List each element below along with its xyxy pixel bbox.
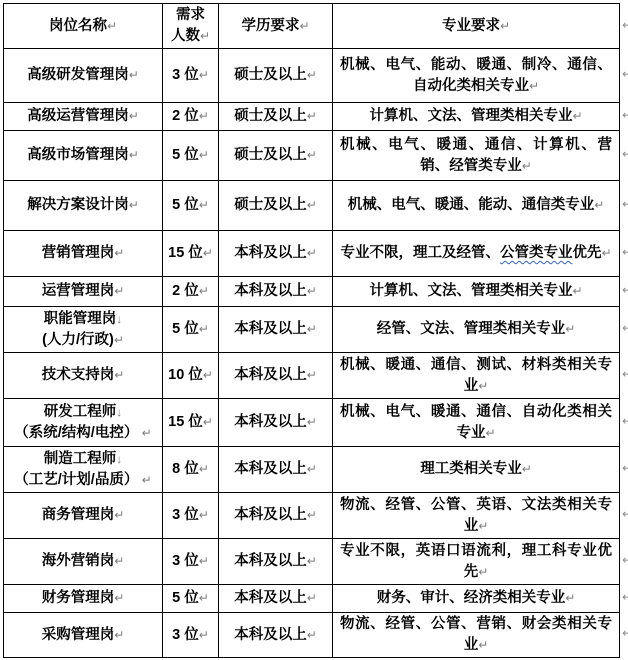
formatting-mark: ↵ bbox=[129, 68, 139, 82]
table-row: 职能管理岗↓ (人力/行政)↵ 5 位↵ 本科及以上↵ 经管、文法、管理类相关专… bbox=[4, 307, 620, 353]
paragraph-mark: ↵ bbox=[529, 79, 539, 93]
cell-education: 本科及以上↵ bbox=[219, 585, 333, 613]
position-name: 技术支持岗 bbox=[42, 367, 115, 383]
header-headcount: 需求 人数↵ bbox=[163, 4, 219, 49]
cell-major: 机械、暖通、通信、测试、材料类相关专业↵ bbox=[333, 353, 620, 399]
cell-position: 高级市场管理岗↵ bbox=[4, 131, 163, 181]
headcount-value: 2 位 bbox=[172, 108, 199, 124]
paragraph-mark: ↵ bbox=[307, 368, 317, 382]
paragraph-mark: ↵ bbox=[203, 246, 213, 260]
education-value: 硕士及以上 bbox=[234, 108, 307, 124]
row-end-mark: ↵ bbox=[622, 367, 628, 381]
job-positions-table: 岗位名称↵ 需求 人数↵ 学历要求↵ 专业要求↵ 高级研发管理岗↵ bbox=[3, 3, 620, 658]
major-text: 机械、电气、暖通、能动、通信类专业 bbox=[348, 197, 595, 213]
paragraph-mark: ↵ bbox=[307, 148, 317, 162]
education-value: 本科及以上 bbox=[234, 553, 307, 569]
table-row: 高级研发管理岗↵ 3 位↵ 硕士及以上↵ 机械、电气、能动、暖通、制冷、通信、自… bbox=[4, 49, 620, 103]
paragraph-mark: ↵ bbox=[307, 284, 317, 298]
headcount-value: 3 位 bbox=[172, 507, 199, 523]
formatting-mark: ↵ bbox=[114, 508, 124, 522]
formatting-mark: ↓ bbox=[116, 405, 122, 419]
formatting-mark: ↵ bbox=[114, 591, 124, 605]
cell-position: 营销管理岗↵ bbox=[4, 231, 163, 277]
major-text: 机械、电气、暖通、通信、计算机、营销、经管类专业 bbox=[340, 137, 612, 174]
cell-position: 高级研发管理岗↵ bbox=[4, 49, 163, 103]
cell-education: 硕士及以上↵ bbox=[219, 131, 333, 181]
paragraph-mark: ↵ bbox=[565, 322, 575, 336]
paragraph-mark: ↵ bbox=[307, 322, 317, 336]
paragraph-mark: ↵ bbox=[478, 379, 488, 393]
education-value: 本科及以上 bbox=[234, 414, 307, 430]
headcount-value: 3 位 bbox=[172, 553, 199, 569]
cell-headcount: 2 位↵ bbox=[163, 103, 219, 131]
paragraph-mark: ↵ bbox=[114, 333, 124, 347]
table-row: 运营管理岗↵ 2 位↵ 本科及以上↵ 计算机、文法、管理类相关专业↵ bbox=[4, 277, 620, 307]
row-end-mark: ↵ bbox=[622, 590, 628, 604]
header-headcount-label: 需求 bbox=[176, 7, 205, 23]
paragraph-mark: ↵ bbox=[199, 148, 209, 162]
major-text: 机械、暖通、通信、测试、材料类相关专业 bbox=[340, 357, 612, 394]
formatting-mark: ↵ bbox=[114, 628, 124, 642]
table-row: 技术支持岗↵ 10 位↵ 本科及以上↵ 机械、暖通、通信、测试、材料类相关专业↵ bbox=[4, 353, 620, 399]
paragraph-mark: ↵ bbox=[307, 68, 317, 82]
cell-education: 本科及以上↵ bbox=[219, 447, 333, 493]
headcount-value: 15 位 bbox=[168, 414, 203, 430]
headcount-value: 5 位 bbox=[172, 590, 199, 606]
cell-position: 技术支持岗↵ bbox=[4, 353, 163, 399]
spellcheck-underlined-text: 公管类专业 bbox=[500, 245, 573, 261]
row-end-mark: ↵ bbox=[622, 626, 628, 640]
paragraph-mark: ↵ bbox=[307, 554, 317, 568]
headcount-value: 5 位 bbox=[172, 321, 199, 337]
paragraph-mark: ↵ bbox=[485, 426, 495, 440]
cell-headcount: 8 位↵ bbox=[163, 447, 219, 493]
paragraph-mark: ↵ bbox=[522, 159, 532, 173]
cell-major: 物流、经管、公管、英语、文法类相关专业↵ bbox=[333, 493, 620, 539]
paragraph-mark: ↵ bbox=[107, 19, 117, 33]
table-row: 研发工程师↓ （系统/结构/电控） ↵ 15 位↵ 本科及以上↵ 机械、电气、暖… bbox=[4, 399, 620, 447]
major-text: 经管、文法、管理类相关专业 bbox=[377, 321, 566, 337]
education-value: 本科及以上 bbox=[234, 321, 307, 337]
cell-major: 专业不限，英语口语流利，理工科专业优先↵ bbox=[333, 539, 620, 585]
major-text: 计算机、文法、管理类相关专业 bbox=[369, 283, 572, 299]
cell-education: 硕士及以上↵ bbox=[219, 49, 333, 103]
position-name: 研发工程师 bbox=[44, 404, 117, 420]
paragraph-mark: ↵ bbox=[199, 462, 209, 476]
cell-education: 本科及以上↵ bbox=[219, 539, 333, 585]
paragraph-mark: ↵ bbox=[200, 29, 210, 43]
formatting-mark: ↵ bbox=[114, 368, 124, 382]
table-row: 高级运营管理岗↵ 2 位↵ 硕士及以上↵ 计算机、文法、管理类相关专业↵ bbox=[4, 103, 620, 131]
cell-headcount: 10 位↵ bbox=[163, 353, 219, 399]
position-name: 海外营销岗 bbox=[42, 553, 115, 569]
cell-education: 本科及以上↵ bbox=[219, 493, 333, 539]
paragraph-mark: ↵ bbox=[199, 628, 209, 642]
headcount-value: 5 位 bbox=[172, 147, 199, 163]
cell-major: 计算机、文法、管理类相关专业↵ bbox=[333, 277, 620, 307]
header-education: 学历要求↵ bbox=[219, 4, 333, 49]
table-header: 岗位名称↵ 需求 人数↵ 学历要求↵ 专业要求↵ bbox=[4, 4, 620, 49]
paragraph-mark: ↵ bbox=[522, 462, 532, 476]
cell-position: 商务管理岗↵ bbox=[4, 493, 163, 539]
education-value: 本科及以上 bbox=[234, 627, 307, 643]
cell-major: 经管、文法、管理类相关专业↵ bbox=[333, 307, 620, 353]
paragraph-mark: ↵ bbox=[199, 591, 209, 605]
page: 岗位名称↵ 需求 人数↵ 学历要求↵ 专业要求↵ 高级研发管理岗↵ bbox=[0, 0, 628, 660]
paragraph-mark: ↵ bbox=[307, 591, 317, 605]
paragraph-mark: ↵ bbox=[601, 246, 611, 260]
cell-major: 物流、经管、公管、营销、财会类相关专业↵ bbox=[333, 613, 620, 658]
major-text: 机械、电气、暖通、通信、自动化类相关专业 bbox=[340, 404, 612, 441]
formatting-mark: ↵ bbox=[114, 284, 124, 298]
paragraph-mark: ↵ bbox=[203, 415, 213, 429]
cell-major: 计算机、文法、管理类相关专业↵ bbox=[333, 103, 620, 131]
paragraph-mark: ↵ bbox=[199, 554, 209, 568]
table-row: 采购管理岗↵ 3 位↵ 本科及以上↵ 物流、经管、公管、营销、财会类相关专业↵ bbox=[4, 613, 620, 658]
education-value: 本科及以上 bbox=[234, 245, 307, 261]
position-name: 财务管理岗 bbox=[42, 590, 115, 606]
paragraph-mark: ↵ bbox=[199, 198, 209, 212]
table-body: 高级研发管理岗↵ 3 位↵ 硕士及以上↵ 机械、电气、能动、暖通、制冷、通信、自… bbox=[4, 49, 620, 658]
cell-position: 运营管理岗↵ bbox=[4, 277, 163, 307]
header-education-label: 学历要求 bbox=[241, 18, 299, 34]
cell-headcount: 3 位↵ bbox=[163, 539, 219, 585]
table-row: 高级市场管理岗↵ 5 位↵ 硕士及以上↵ 机械、电气、暖通、通信、计算机、营销、… bbox=[4, 131, 620, 181]
table-row: 财务管理岗↵ 5 位↵ 本科及以上↵ 财务、审计、经济类相关专业↵ bbox=[4, 585, 620, 613]
education-value: 本科及以上 bbox=[234, 461, 307, 477]
cell-major: 财务、审计、经济类相关专业↵ bbox=[333, 585, 620, 613]
cell-headcount: 2 位↵ bbox=[163, 277, 219, 307]
paragraph-mark: ↵ bbox=[307, 198, 317, 212]
cell-education: 本科及以上↵ bbox=[219, 399, 333, 447]
cell-major: 理工类相关专业↵ bbox=[333, 447, 620, 493]
major-text: 计算机、文法、管理类相关专业 bbox=[369, 108, 572, 124]
cell-position: 职能管理岗↓ (人力/行政)↵ bbox=[4, 307, 163, 353]
cell-education: 硕士及以上↵ bbox=[219, 103, 333, 131]
position-name: 高级运营管理岗 bbox=[27, 108, 129, 124]
paragraph-mark: ↵ bbox=[572, 284, 582, 298]
paragraph-mark: ↵ bbox=[307, 415, 317, 429]
cell-headcount: 5 位↵ bbox=[163, 181, 219, 231]
headcount-value: 3 位 bbox=[172, 627, 199, 643]
table-row: 商务管理岗↵ 3 位↵ 本科及以上↵ 物流、经管、公管、英语、文法类相关专业↵ bbox=[4, 493, 620, 539]
major-text: 优先 bbox=[572, 245, 601, 261]
row-end-mark: ↵ bbox=[622, 321, 628, 335]
row-end-mark: ↵ bbox=[622, 461, 628, 475]
major-text: 物流、经管、公管、英语、文法类相关专业 bbox=[340, 497, 612, 534]
major-text: 机械、电气、能动、暖通、制冷、通信、自动化类相关专业 bbox=[340, 57, 612, 94]
cell-major: 专业不限，理工及经管、公管类专业优先↵ bbox=[333, 231, 620, 277]
headcount-value: 5 位 bbox=[172, 197, 199, 213]
cell-headcount: 3 位↵ bbox=[163, 613, 219, 658]
headcount-value: 8 位 bbox=[172, 461, 199, 477]
paragraph-mark: ↵ bbox=[199, 109, 209, 123]
position-subname: （工艺/计划/品质） bbox=[14, 472, 138, 488]
position-name: 商务管理岗 bbox=[42, 507, 115, 523]
cell-headcount: 3 位↵ bbox=[163, 49, 219, 103]
formatting-mark: ↵ bbox=[129, 198, 139, 212]
position-name: 职能管理岗 bbox=[44, 311, 117, 327]
table-row: 海外营销岗↵ 3 位↵ 本科及以上↵ 专业不限，英语口语流利，理工科专业优先↵ bbox=[4, 539, 620, 585]
paragraph-mark: ↵ bbox=[572, 109, 582, 123]
major-text: 财务、审计、经济类相关专业 bbox=[377, 590, 566, 606]
major-text: 专业不限，理工及经管、 bbox=[340, 245, 500, 261]
header-headcount-label: 人数 bbox=[171, 28, 200, 44]
education-value: 本科及以上 bbox=[234, 367, 307, 383]
cell-major: 机械、电气、暖通、通信、自动化类相关专业↵ bbox=[333, 399, 620, 447]
formatting-mark: ↵ bbox=[114, 246, 124, 260]
education-value: 硕士及以上 bbox=[234, 67, 307, 83]
headcount-value: 15 位 bbox=[168, 245, 203, 261]
paragraph-mark: ↵ bbox=[565, 591, 575, 605]
headcount-value: 2 位 bbox=[172, 283, 199, 299]
header-position: 岗位名称↵ bbox=[4, 4, 163, 49]
table-row: 制造工程师↓ （工艺/计划/品质） ↵ 8 位↵ 本科及以上↵ 理工类相关专业↵ bbox=[4, 447, 620, 493]
cell-education: 本科及以上↵ bbox=[219, 231, 333, 277]
row-end-mark: ↵ bbox=[622, 507, 628, 521]
formatting-mark: ↵ bbox=[129, 148, 139, 162]
paragraph-mark: ↵ bbox=[299, 19, 309, 33]
education-value: 硕士及以上 bbox=[234, 147, 307, 163]
cell-position: 采购管理岗↵ bbox=[4, 613, 163, 658]
paragraph-mark: ↵ bbox=[307, 628, 317, 642]
paragraph-mark: ↵ bbox=[594, 198, 604, 212]
cell-position: 海外营销岗↵ bbox=[4, 539, 163, 585]
position-subname: （系统/结构/电控） bbox=[14, 425, 138, 441]
table-row: 营销管理岗↵ 15 位↵ 本科及以上↵ 专业不限，理工及经管、公管类专业优先↵ bbox=[4, 231, 620, 277]
cell-position: 高级运营管理岗↵ bbox=[4, 103, 163, 131]
cell-major: 机械、电气、暖通、能动、通信类专业↵ bbox=[333, 181, 620, 231]
position-subname: (人力/行政) bbox=[42, 332, 114, 348]
table-row: 解决方案设计岗↵ 5 位↵ 硕士及以上↵ 机械、电气、暖通、能动、通信类专业↵ bbox=[4, 181, 620, 231]
cell-position: 解决方案设计岗↵ bbox=[4, 181, 163, 231]
position-name: 运营管理岗 bbox=[42, 283, 115, 299]
paragraph-mark: ↵ bbox=[203, 368, 213, 382]
paragraph-mark: ↵ bbox=[138, 473, 151, 487]
education-value: 本科及以上 bbox=[234, 590, 307, 606]
header-position-label: 岗位名称 bbox=[49, 18, 107, 34]
cell-major: 机械、电气、暖通、通信、计算机、营销、经管类专业↵ bbox=[333, 131, 620, 181]
paragraph-mark: ↵ bbox=[307, 246, 317, 260]
cell-education: 本科及以上↵ bbox=[219, 613, 333, 658]
formatting-mark: ↵ bbox=[129, 109, 139, 123]
position-name: 营销管理岗 bbox=[42, 245, 115, 261]
row-end-mark: ↵ bbox=[622, 414, 628, 428]
cell-headcount: 15 位↵ bbox=[163, 399, 219, 447]
headcount-value: 10 位 bbox=[168, 367, 203, 383]
row-end-mark: ↵ bbox=[622, 553, 628, 567]
formatting-mark: ↵ bbox=[114, 554, 124, 568]
row-end-mark: ↵ bbox=[622, 197, 628, 211]
position-name: 采购管理岗 bbox=[42, 627, 115, 643]
header-major-label: 专业要求 bbox=[442, 18, 500, 34]
cell-position: 财务管理岗↵ bbox=[4, 585, 163, 613]
cell-education: 本科及以上↵ bbox=[219, 277, 333, 307]
paragraph-mark: ↵ bbox=[199, 284, 209, 298]
headcount-value: 3 位 bbox=[172, 67, 199, 83]
row-end-mark: ↵ bbox=[622, 67, 628, 81]
paragraph-mark: ↵ bbox=[307, 508, 317, 522]
row-end-mark: ↵ bbox=[622, 245, 628, 259]
cell-position: 研发工程师↓ （系统/结构/电控） ↵ bbox=[4, 399, 163, 447]
position-name: 高级市场管理岗 bbox=[27, 147, 129, 163]
cell-headcount: 5 位↵ bbox=[163, 131, 219, 181]
position-name: 解决方案设计岗 bbox=[27, 197, 129, 213]
paragraph-mark: ↵ bbox=[478, 565, 488, 579]
header-row: 岗位名称↵ 需求 人数↵ 学历要求↵ 专业要求↵ bbox=[4, 4, 620, 49]
paragraph-mark: ↵ bbox=[478, 638, 488, 652]
header-major: 专业要求↵ bbox=[333, 4, 620, 49]
paragraph-mark: ↵ bbox=[478, 519, 488, 533]
major-text: 理工类相关专业 bbox=[420, 461, 522, 477]
row-end-mark: ↵ bbox=[622, 147, 628, 161]
cell-headcount: 5 位↵ bbox=[163, 585, 219, 613]
paragraph-mark: ↵ bbox=[307, 462, 317, 476]
cell-education: 本科及以上↵ bbox=[219, 353, 333, 399]
cell-headcount: 15 位↵ bbox=[163, 231, 219, 277]
row-end-mark: ↵ bbox=[622, 108, 628, 122]
paragraph-mark: ↵ bbox=[199, 508, 209, 522]
paragraph-mark: ↵ bbox=[199, 322, 209, 336]
education-value: 本科及以上 bbox=[234, 507, 307, 523]
education-value: 本科及以上 bbox=[234, 283, 307, 299]
cell-headcount: 5 位↵ bbox=[163, 307, 219, 353]
cell-headcount: 3 位↵ bbox=[163, 493, 219, 539]
row-end-mark: ↵ bbox=[622, 18, 628, 32]
cell-position: 制造工程师↓ （工艺/计划/品质） ↵ bbox=[4, 447, 163, 493]
education-value: 硕士及以上 bbox=[234, 197, 307, 213]
cell-education: 本科及以上↵ bbox=[219, 307, 333, 353]
position-name: 高级研发管理岗 bbox=[27, 67, 129, 83]
formatting-mark: ↓ bbox=[116, 452, 122, 466]
major-text: 物流、经管、公管、营销、财会类相关专业 bbox=[340, 616, 612, 653]
paragraph-mark: ↵ bbox=[199, 68, 209, 82]
formatting-mark: ↓ bbox=[116, 312, 122, 326]
position-name: 制造工程师 bbox=[44, 451, 117, 467]
cell-major: 机械、电气、能动、暖通、制冷、通信、自动化类相关专业↵ bbox=[333, 49, 620, 103]
paragraph-mark: ↵ bbox=[138, 426, 151, 440]
cell-education: 硕士及以上↵ bbox=[219, 181, 333, 231]
paragraph-mark: ↵ bbox=[307, 109, 317, 123]
row-end-mark: ↵ bbox=[622, 283, 628, 297]
major-text: 专业不限，英语口语流利，理工科专业优先 bbox=[340, 543, 612, 580]
paragraph-mark: ↵ bbox=[500, 19, 510, 33]
